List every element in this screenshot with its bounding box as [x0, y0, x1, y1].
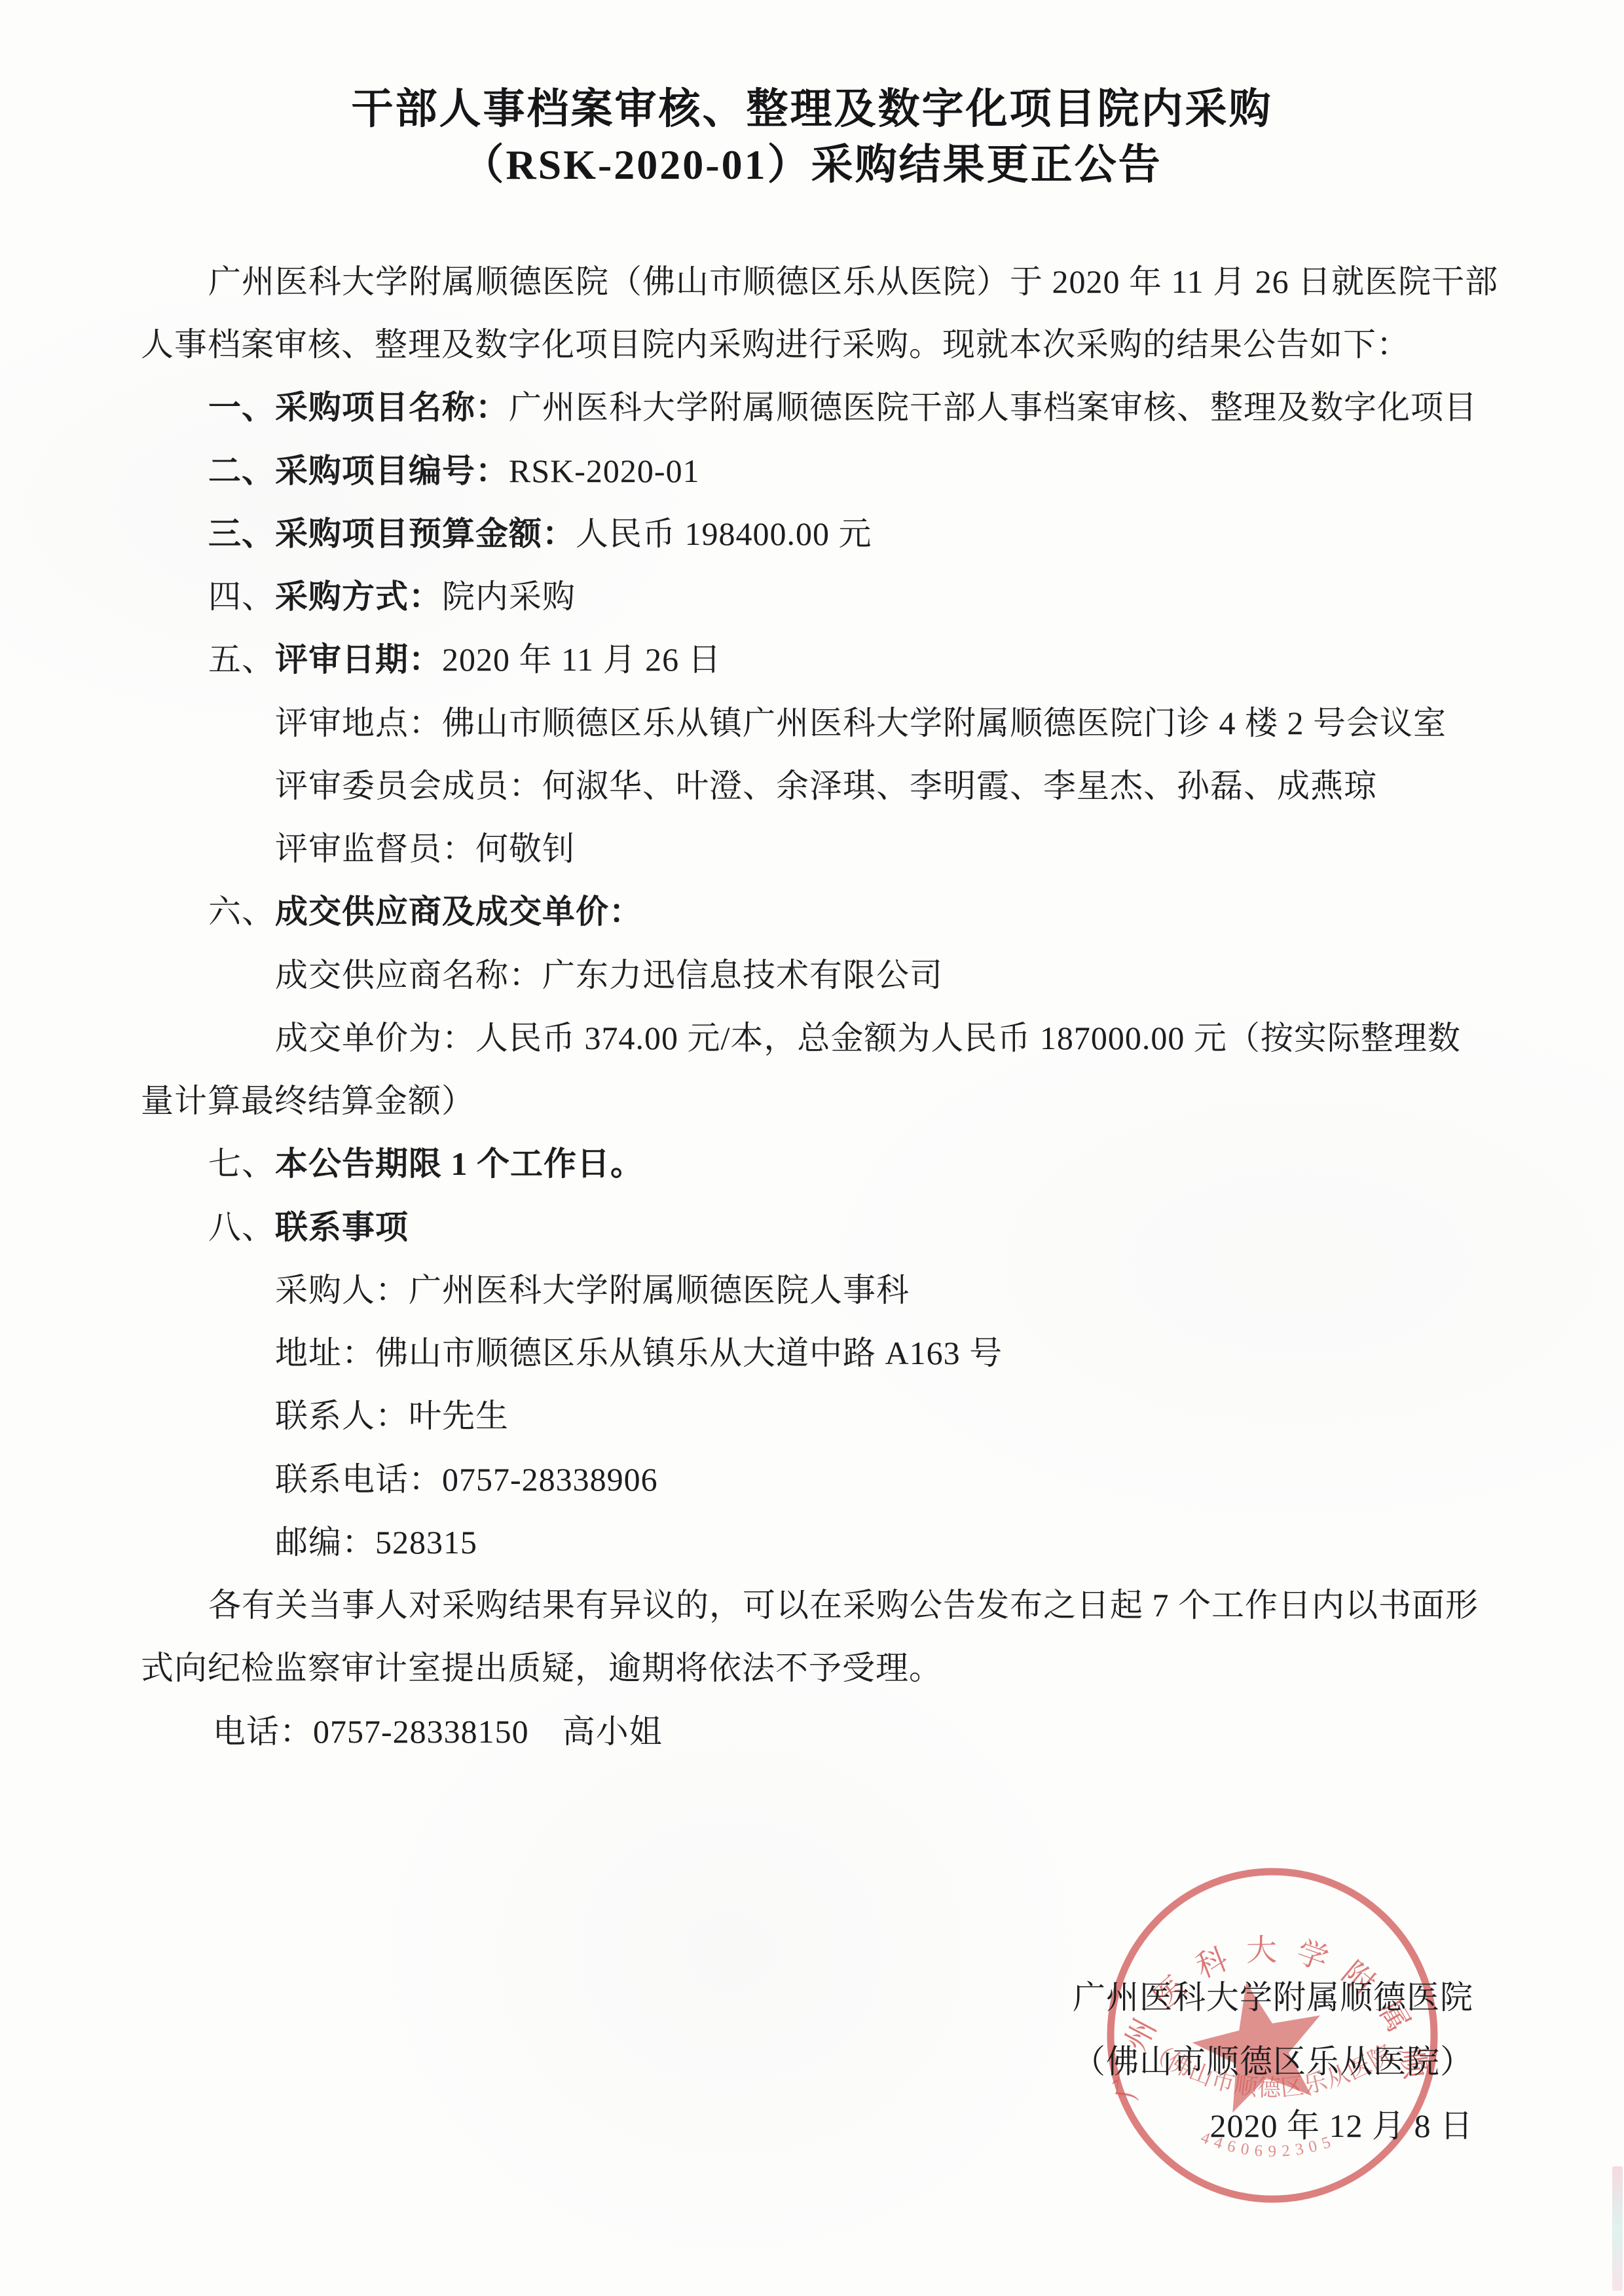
price-line-2: 量计算最终结算金额）	[141, 1069, 475, 1132]
scan-artifact	[1612, 2166, 1623, 2291]
item-1-number: 一、	[208, 389, 275, 426]
item-7-label: 本公告期限 1 个工作日。	[275, 1145, 644, 1182]
item-7-number: 七、	[208, 1145, 275, 1182]
review-location-line: 评审地点：佛山市顺德区乐从镇广州医科大学附属顺德医院门诊 4 楼 2 号会议室	[275, 692, 1447, 754]
signature-date-line: 2020 年 12 月 8 日	[1210, 2094, 1474, 2157]
contact-postcode-line: 邮编：528315	[275, 1511, 477, 1574]
item-5-review-date: 五、评审日期：2020 年 11 月 26 日	[208, 628, 722, 691]
item-8-number: 八、	[208, 1209, 275, 1246]
contact-buyer-line: 采购人：广州医科大学附属顺德医院人事科	[275, 1259, 910, 1322]
document-title-line-1: 干部人事档案审核、整理及数字化项目院内采购	[0, 81, 1624, 138]
contact-address-line: 地址：佛山市顺德区乐从镇乐从大道中路 A163 号	[275, 1322, 1003, 1384]
item-3-number: 三、	[208, 515, 275, 552]
contact-phone-line: 联系电话：0757-28338906	[275, 1448, 658, 1511]
item-8-label: 联系事项	[275, 1209, 409, 1246]
intro-paragraph-line-1: 广州医科大学附属顺德医院（佛山市顺德区乐从医院）于 2020 年 11 月 26…	[208, 250, 1498, 313]
item-3-value: 人民币 198400.00 元	[576, 515, 872, 552]
price-line-1: 成交单价为：人民币 374.00 元/本，总金额为人民币 187000.00 元…	[275, 1007, 1461, 1069]
item-1-value: 广州医科大学附属顺德医院干部人事档案审核、整理及数字化项目	[509, 389, 1477, 426]
item-2-project-number: 二、采购项目编号：RSK-2020-01	[208, 439, 700, 502]
item-4-method: 四、采购方式：院内采购	[208, 565, 576, 628]
item-5-label: 评审日期：	[275, 641, 442, 678]
item-6-label: 成交供应商及成交单价：	[275, 893, 642, 930]
signature-org-line-1: 广州医科大学附属顺德医院	[1073, 1966, 1473, 2029]
objection-phone-line: 电话：0757-28338150 高小姐	[213, 1700, 663, 1763]
item-4-number: 四、	[208, 578, 275, 615]
item-2-label: 采购项目编号：	[275, 453, 509, 489]
review-committee-line: 评审委员会成员：何淑华、叶澄、余泽琪、李明霞、李星杰、孙磊、成燕琼	[275, 754, 1377, 817]
contact-person-line: 联系人：叶先生	[275, 1384, 509, 1447]
item-2-number: 二、	[208, 453, 275, 489]
item-3-label: 采购项目预算金额：	[275, 515, 576, 552]
item-8-contact-matters: 八、联系事项	[208, 1196, 409, 1259]
item-4-label: 采购方式：	[275, 578, 442, 615]
item-1-label: 采购项目名称：	[275, 389, 509, 426]
scanned-document-page: 广州医科大学附属顺德医院 （佛山市顺德区乐从医院） 4460692305 干部人…	[0, 0, 1624, 2296]
item-4-value: 院内采购	[442, 578, 576, 615]
item-6-supplier-price: 六、成交供应商及成交单价：	[208, 880, 642, 943]
item-6-number: 六、	[208, 893, 275, 930]
objection-paragraph-line-1: 各有关当事人对采购结果有异议的，可以在采购公告发布之日起 7 个工作日内以书面形	[208, 1574, 1479, 1637]
intro-paragraph-line-2: 人事档案审核、整理及数字化项目院内采购进行采购。现就本次采购的结果公告如下：	[141, 313, 1410, 376]
objection-paragraph-line-2: 式向纪检监察审计室提出质疑，逾期将依法不予受理。	[141, 1637, 942, 1699]
signature-org-line-2: （佛山市顺德区乐从医院）	[1073, 2030, 1473, 2093]
item-1-project-name: 一、采购项目名称：广州医科大学附属顺德医院干部人事档案审核、整理及数字化项目	[208, 376, 1477, 439]
review-supervisor-line: 评审监督员：何敬钊	[275, 817, 576, 880]
item-7-announcement-period: 七、本公告期限 1 个工作日。	[208, 1132, 644, 1195]
item-5-number: 五、	[208, 641, 275, 678]
item-2-value: RSK-2020-01	[509, 453, 700, 489]
item-5-value: 2020 年 11 月 26 日	[442, 641, 722, 678]
document-title-line-2: （RSK-2020-01）采购结果更正公告	[0, 136, 1624, 194]
item-3-budget: 三、采购项目预算金额：人民币 198400.00 元	[208, 502, 872, 565]
supplier-name-line: 成交供应商名称：广东力迅信息技术有限公司	[275, 944, 943, 1007]
